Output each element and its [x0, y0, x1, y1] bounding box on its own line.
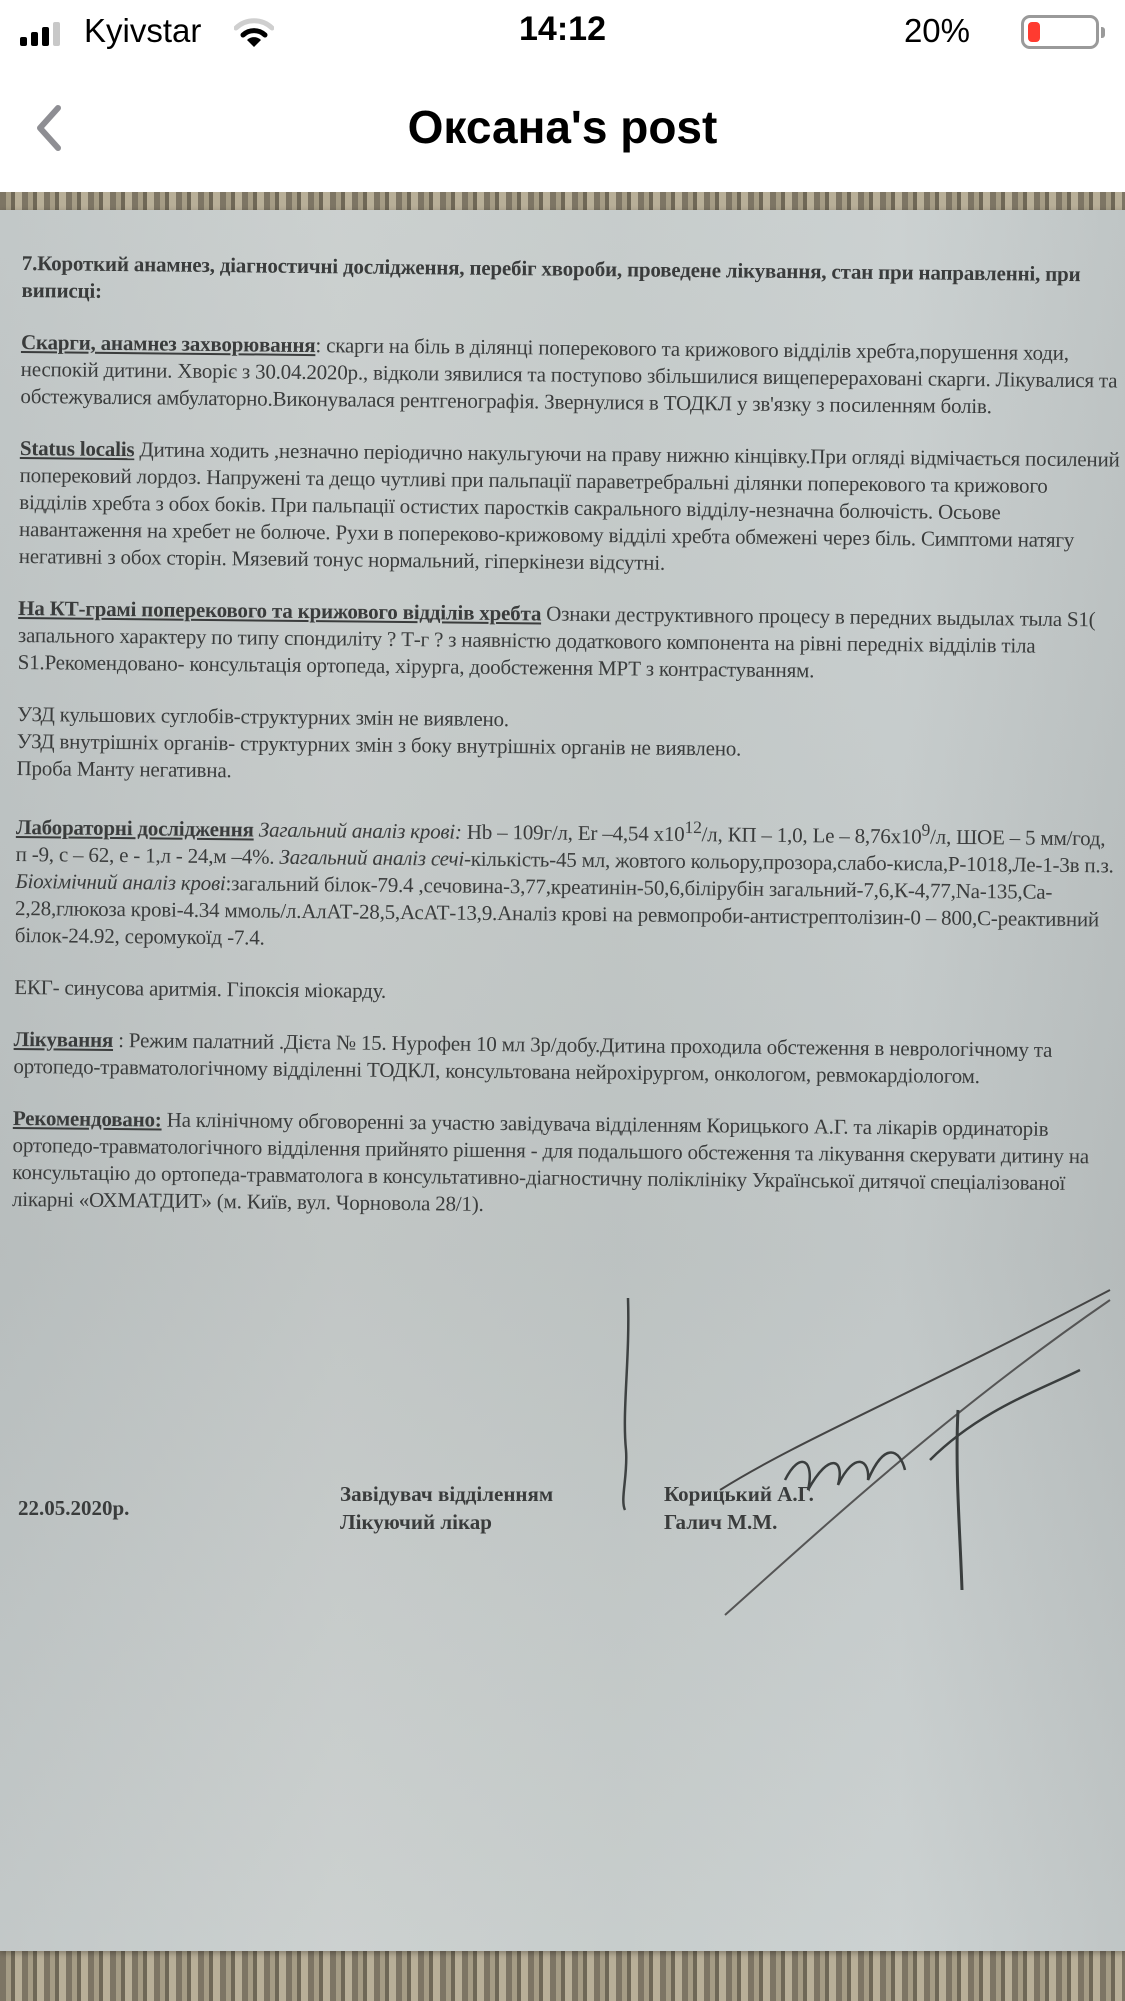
recommended-paragraph: Рекомендовано: На клінічному обговоренні… — [12, 1105, 1113, 1225]
battery-icon — [1021, 15, 1099, 49]
treatment-paragraph: Лікування : Режим палатний .Дієта № 15. … — [13, 1026, 1114, 1092]
document-date: 22.05.2020р. — [18, 1494, 129, 1522]
role-head: Завідувач відділенням — [340, 1480, 553, 1508]
treatment-label: Лікування — [14, 1027, 114, 1052]
recommended-label: Рекомендовано: — [13, 1106, 162, 1132]
nav-bar: Оксана's post — [0, 64, 1125, 192]
ultrasound-block: УЗД кульшових суглобів-структурних змін … — [16, 701, 1117, 794]
status-localis-paragraph: Status localis Дитина ходить ,незначно п… — [19, 435, 1120, 582]
name-head: Корицький А.Г. — [664, 1480, 814, 1508]
ct-paragraph: На КТ-грамі поперекового та крижового ві… — [18, 595, 1119, 688]
complaints-paragraph: Скарги, анамнез захворювання: скарги на … — [20, 329, 1121, 422]
status-localis-label: Status localis — [20, 436, 135, 461]
section-heading: 7.Короткий анамнез, діагностичні дослідж… — [21, 250, 1122, 316]
page-title: Оксана's post — [0, 100, 1125, 154]
battery-percent: 20% — [904, 12, 970, 50]
lab-label: Лабораторні дослідження — [16, 815, 254, 841]
document-page: 7.Короткий анамнез, діагностичні дослідж… — [0, 210, 1125, 1951]
complaints-label: Скарги, анамнез захворювання — [21, 330, 316, 357]
lab-paragraph: Лабораторні дослідження Загальний аналіз… — [15, 807, 1116, 961]
document-body: 7.Короткий анамнез, діагностичні дослідж… — [12, 250, 1122, 1249]
post-photo[interactable]: 7.Короткий анамнез, діагностичні дослідж… — [0, 192, 1125, 2001]
status-bar: Kyivstar 14:12 20% — [0, 0, 1125, 64]
role-doctor: Лікуючий лікар — [340, 1508, 553, 1536]
name-doctor: Галич М.М. — [664, 1508, 814, 1536]
ct-label: На КТ-грамі поперекового та крижового ві… — [18, 596, 541, 625]
ecg-paragraph: ЕКГ- синусова аритмія. Гіпоксія міокарду… — [14, 974, 1114, 1013]
